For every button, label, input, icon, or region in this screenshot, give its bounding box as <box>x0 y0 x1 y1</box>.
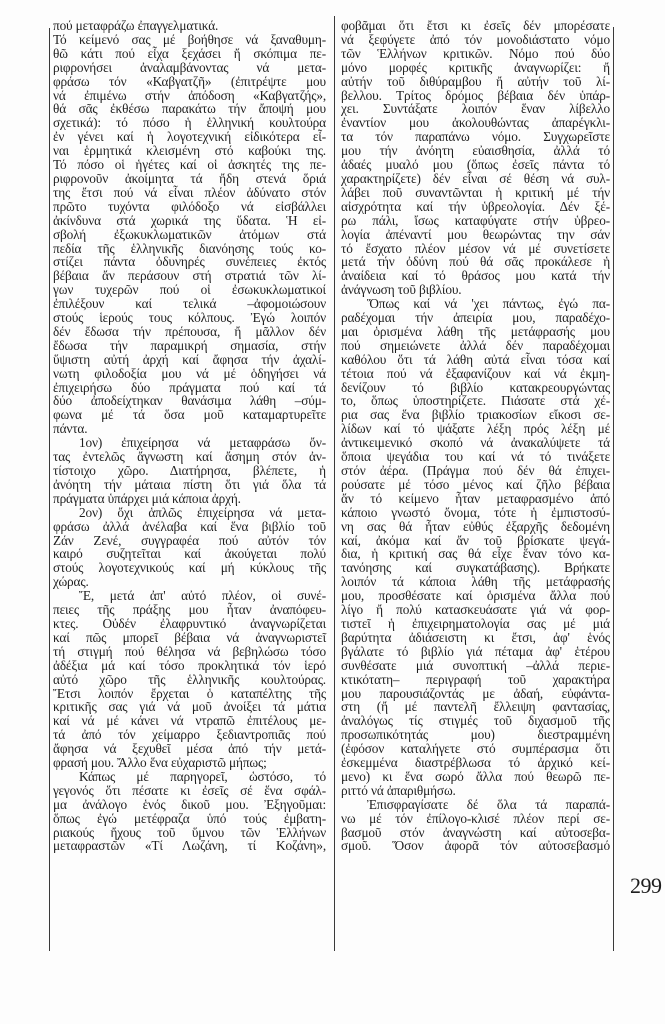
text-line: ἀναίδεια καί τό θράσος μου κατά τήν <box>341 269 610 283</box>
text-line: ἐπιλέξουν καί τελικά –ἀφομοιώσουν <box>53 297 326 311</box>
text-line: τά ἀπό τόν χείμαρρο ξεδιαντροπιᾶς πού <box>53 728 326 742</box>
text-line: καί νά μέ κάνει νά ντραπῶ ἐπιτέλους με- <box>53 714 326 728</box>
text-line: μου, προσθέσατε καί ὁρισμένα ἄλλα πού <box>341 589 610 603</box>
text-line: ἀναλόγως τίς στιγμές τοῦ διχασμοῦ τῆς <box>341 714 610 728</box>
text-line: Ὅπως καί νά 'χει πάντως, ἐγώ πα- <box>341 297 610 311</box>
text-line: ρια σας ἕνα βιβλίο τριακοσίων εἴκοσι σε- <box>341 408 610 422</box>
text-line: μου παρουσιάζοντάς με ἀδαή, εὐφάντα- <box>341 687 610 701</box>
text-line: 2ον) ὄχι ἁπλῶς ἐπιχείρησα νά μετα- <box>53 506 326 520</box>
text-line: λάβει ποῦ συναντῶνται ἡ κριτική μέ τήν <box>341 186 610 200</box>
text-line: νη σας θά ἦταν εὐθύς ἐξαρχῆς δεδομένη <box>341 520 610 534</box>
text-line: σχετικά): τό πόσο ἡ ἑλληνική κουλτούρα <box>53 116 326 130</box>
text-line: Ἐπισφραγίσατε δέ ὅλα τά παραπά- <box>341 798 610 812</box>
text-line: χώρας. <box>53 575 326 589</box>
text-line: δύο ἀποδείχτηκαν θανάσιμα λάθη –σύμ- <box>53 394 326 408</box>
text-line: ἄφησα νά ξεχυθεῖ μέσα ἀπό τήν μετά- <box>53 742 326 756</box>
text-line: νά ξεφύγετε ἀπό τόν μονοδιάστατο νόμο <box>341 33 610 47</box>
text-line: τή στιγμή πού θέλησα νά βεβηλώσω τόσο <box>53 645 326 659</box>
text-line: βέβαια ἄν περάσουν στή στρατιά τῶν λί- <box>53 269 326 283</box>
text-line: πρῶτο τυχόντα φιλόδοξο νά εἰσβάλλει <box>53 200 326 214</box>
text-line: ἐν γένει καί ἡ λογοτεχνική εἰδικότερα εἶ… <box>53 130 326 144</box>
text-line: ραδέχομαι τήν ἀπειρία μου, παραδέχο- <box>341 311 610 325</box>
text-line: δια, ἡ κριτική σας θά εἶχε ἕναν τόνο κα- <box>341 547 610 561</box>
text-line: ἀδαές μυαλό μου (ὅπως ἐσεῖς πάντα τό <box>341 158 610 172</box>
text-line: λοιπόν τά κάποια λάθη τῆς μετάφρασής <box>341 575 610 589</box>
text-line: λίγο ἤ πολύ κατασκευάσατε γιά νά φορ- <box>341 603 610 617</box>
text-line: μα ἀνάλογο ἑνός δικοῦ μου. Ἐξηγοῦμαι: <box>53 798 326 812</box>
text-line: προσωπικότητάς μου) διεστραμμένη <box>341 728 610 742</box>
text-line: ἀδέξια μά καί τόσο προκλητικά τόν ἱερό <box>53 659 326 673</box>
text-line: μετά τήν ὀδύνη πού θά σᾶς προκάλεσε ἡ <box>341 255 610 269</box>
text-line: τα τόν παραπάνω νόμο. Συγχωρεῖστε <box>341 130 610 144</box>
text-line: γεγονός ὅτι πέσατε κι ἐσεῖς σέ ἕνα σφάλ- <box>53 784 326 798</box>
text-line: ὅπως ἐγώ μετέφραζα ὑπό τούς ἐμβατη- <box>53 812 326 826</box>
text-line: νά ἐπιμένω στήν ἀπόδοση «Καβγατζής», <box>53 89 326 103</box>
text-line: στίζει πάντα ὀδυνηρές συνέπειες ἐκτός <box>53 255 326 269</box>
text-line: φράσω τόν «Καβγατζῆ» (ἐπιτρέψτε μου <box>53 75 326 89</box>
text-line: σβολή ἐξωκυκλωματικῶν ἀτόμων στά <box>53 228 326 242</box>
text-line: νω μέ τόν ἐπίλογο-κλισέ πλέον περί σε- <box>341 812 610 826</box>
text-line: ἐπιχειρήσω δύο πράγματα πού καί τά <box>53 381 326 395</box>
text-line: φωνα μέ τά ὅσα μοῦ καταμαρτυρεῖτε <box>53 408 326 422</box>
right-text-column: φοβᾶμαι ὅτι ἔτσι κι ἐσεῖς δέν μπορέσατεν… <box>341 19 610 853</box>
page-number: 299 <box>630 873 662 899</box>
text-line: κτες. Οὐδέν ἐλαφρυντικό ἀναγνωρίζεται <box>53 617 326 631</box>
left-column-rule <box>49 28 50 951</box>
text-line: στη (ἤ μέ παντελῆ ἔλλειψη φαντασίας, <box>341 700 610 714</box>
text-line: (ἐφόσον καταλήγετε στό συμπέρασμα ὅτι <box>341 742 610 756</box>
text-line: μενο) κι ἕνα σωρό ἄλλα πού θεωρῶ πε- <box>341 770 610 784</box>
text-line: κριτικῆς σας γιά νά μοῦ ἀνοίξει τά μάτια <box>53 700 326 714</box>
text-line: μεταφραστῶν «Τί Λωζάνη, τί Κοζάνη», <box>53 839 326 853</box>
text-line: δέν ἔδωσα τήν πρέπουσα, ἤ μᾶλλον δέν <box>53 325 326 339</box>
text-line: καθόλου ὅτι τά λάθη αὐτά εἶναι τόσα καί <box>341 353 610 367</box>
text-line: φοβᾶμαι ὅτι ἔτσι κι ἐσεῖς δέν μπορέσατε <box>341 19 610 33</box>
text-line: 1ον) ἐπιχείρησα νά μεταφράσω ὄν- <box>53 436 326 450</box>
text-line: τῶν Ἑλλήνων κριτικῶν. Νόμο πού δύο <box>341 47 610 61</box>
text-line: στόν ἀέρα. (Πράγμα πού δέν θά ἐπιχει- <box>341 464 610 478</box>
text-line: τό ἔσχατο πλέον μέσον νά μέ συνετίσετε <box>341 242 610 256</box>
text-line: λίδων καί τό ψάξατε λέξη πρός λέξη μέ <box>341 422 610 436</box>
text-line: ἐναντίον μου ἀκολουθώντας ἀπαρέγκλι- <box>341 116 610 130</box>
text-line: νωτη φιλοδοξία μου νά μέ ὁδηγήσει νά <box>53 367 326 381</box>
text-line: λογία ἀπέναντί μου θεωρώντας την σάν <box>341 228 610 242</box>
text-line: ὅποια ψεγάδια του καί νά τό τινάξετε <box>341 450 610 464</box>
text-line: βελλου. Τρίτος δρόμος βέβαια δέν ὑπάρ- <box>341 89 610 103</box>
text-line: τέτοια πού νά ἐξαφανίζουν καί νά ἐκμη- <box>341 367 610 381</box>
text-line: ἀνάγνωση τοῦ βιβλίου. <box>341 283 610 297</box>
text-line: κτικότατη– περιγραφή τοῦ χαρακτήρα <box>341 673 610 687</box>
text-line: βασμοῦ στόν ἀναγνώστη καί αὐτοσεβα- <box>341 826 610 840</box>
text-line: δενίζουν τό βιβλίο κατακρεουργώντας <box>341 381 610 395</box>
text-line: ὕψιστη αὐτή ἀρχή καί ἄφησα τήν ἀχαλί- <box>53 353 326 367</box>
text-line: στούς λογοτεχνικούς καί μή κύκλους τῆς <box>53 561 326 575</box>
text-line: ρω πάλι, ἴσως καταφύγατε στήν ὑβρεο- <box>341 214 610 228</box>
text-line: ἐσκεμμένα διαστρέβλωσα τό ἀρχικό κεί- <box>341 756 610 770</box>
text-line: χει. Συντάξατε λοιπόν ἕναν λίβελλο <box>341 102 610 116</box>
text-line: ρούσατε μέ τόσο μένος καί ζῆλο βέβαια <box>341 478 610 492</box>
text-line: ριφρονοῦν ἀκοίμητα τά ἤδη στενά ὅριά <box>53 172 326 186</box>
text-line: ναι ἑρμητικά κλεισμένη στό καβούκι της. <box>53 144 326 158</box>
text-line: πού σημειώνετε ἀλλά δέν παραδέχομαι <box>341 339 610 353</box>
text-line: ἀντικειμενικό σκοπό νά ἀνακαλύψετε τά <box>341 436 610 450</box>
text-line: πάντα. <box>53 422 326 436</box>
text-line: κάποιο γνωστό ὄνομα, τότε ἡ ἐμπιστοσύ- <box>341 506 610 520</box>
text-line: μόνο μορφές κριτικῆς ἀναγνωρίζει: ἤ <box>341 61 610 75</box>
text-line: μαι ὁρισμένα λάθη τῆς μετάφρασής μου <box>341 325 610 339</box>
text-line: Ἔ, μετά ἀπ' αὐτό πλέον, οἱ συνέ- <box>53 589 326 603</box>
text-line: βγάλατε τό βιβλίο γιά πέταμα ἀφ' ἑτέρου <box>341 645 610 659</box>
text-line: καί, ἀκόμα καί ἄν τοῦ βρίσκατε ψεγά- <box>341 534 610 548</box>
text-line: αὐτήν τοῦ διθύραμβου ἤ αὐτήν τοῦ λί- <box>341 75 610 89</box>
text-line: πεδία τῆς ἑλληνικῆς διανόησης τούς κο- <box>53 242 326 256</box>
text-line: της ἔτσι πού νά εἶναι πλέον ἀδύνατο στόν <box>53 186 326 200</box>
right-column-rule <box>613 27 614 951</box>
text-line: Τό πόσο οἱ ἡγέτες καί οἱ ἀσκητές της πε- <box>53 158 326 172</box>
text-line: καί πῶς μπορεῖ βέβαια νά ἀναγνωριστεῖ <box>53 631 326 645</box>
text-line: μου τήν ἀνόητη εὐαισθησία, ἀλλά τό <box>341 144 610 158</box>
text-line: ριακούς ἤχους τοῦ ὕμνου τῶν Ἑλλήνων <box>53 826 326 840</box>
text-line: καιρό συζητεῖται καί ἀκούγεται πολύ <box>53 547 326 561</box>
text-line: συνθέσατε μιά συνοπτική –ἀλλά περιε- <box>341 659 610 673</box>
text-line: αἰσχρότητα καί τήν ὑβρεολογία. Δέν ξέ- <box>341 200 610 214</box>
text-line: Ἔτσι λοιπόν ἔρχεται ὁ καταπέλτης τῆς <box>53 687 326 701</box>
text-line: θῶ κάτι πού εἶχα ξεχάσει ἤ σκόπιμα πε- <box>53 47 326 61</box>
scanned-page: πού μεταφράζω ἐπαγγελματικά.Τό κείμενό σ… <box>0 0 665 1024</box>
text-line: πράγματα ὑπάρχει μιά κάποια ἀρχή. <box>53 492 326 506</box>
text-line: τίστοιχο χῶρο. Διατήρησα, βλέπετε, ἡ <box>53 464 326 478</box>
text-line: πειες τῆς πράξης μου ἦταν ἀναπόφευ- <box>53 603 326 617</box>
text-line: σμοῦ. Ὅσον ἀφορᾶ τόν αὐτοσεβασμό <box>341 839 610 853</box>
text-line: φρασή μου. Ἄλλο ἕνα εὐχαριστῶ μήπως; <box>53 756 326 770</box>
text-line: Τό κείμενό σας μέ βοήθησε νά ξαναθυμη- <box>53 33 326 47</box>
text-line: αὐτό χῶρο τῆς ἑλληνικῆς κουλτούρας. <box>53 673 326 687</box>
text-line: τας ἐντελῶς ἄγνωστη καί ἄσημη στόν ἀν- <box>53 450 326 464</box>
text-line: ἀκίνδυνα στά χωρικά της ὕδατα. Ἡ εἰ- <box>53 214 326 228</box>
text-line: ἔδωσα τήν παραμικρή σημασία, στήν <box>53 339 326 353</box>
text-line: πού μεταφράζω ἐπαγγελματικά. <box>53 19 326 33</box>
text-line: χαρακτηρίζετε) δέν εἶναι σέ θέση νά συλ- <box>341 172 610 186</box>
text-line: ἄν τό κείμενο ἦταν μεταφρασμένο ἀπό <box>341 492 610 506</box>
text-line: ἀνόητη τήν μάταια πίστη ὅτι γιά ὅλα τά <box>53 478 326 492</box>
text-line: φράσω ἀλλά ἀνέλαβα καί ἕνα βιβλίο τοῦ <box>53 520 326 534</box>
text-line: στούς ἱερούς τους κόλπους. Ἐγώ λοιπόν <box>53 311 326 325</box>
text-line: θά σᾶς ἐκθέσω παρακάτω τήν ἄποψή μου <box>53 102 326 116</box>
center-column-rule <box>334 16 335 951</box>
text-line: βαρύτητα ἀδιάσειστη κι ἔτσι, ἀφ' ἑνός <box>341 631 610 645</box>
text-line: γων τυχερῶν πού οἱ ἐσωκυκλωματικοί <box>53 283 326 297</box>
left-text-column: πού μεταφράζω ἐπαγγελματικά.Τό κείμενό σ… <box>53 19 326 853</box>
text-line: το, ὅπως ὑποστηρίζετε. Πιάσατε στά χέ- <box>341 394 610 408</box>
text-line: ριφρονήσει ἀναλαμβάνοντας νά μετα- <box>53 61 326 75</box>
text-line: Κάπως μέ παρηγορεῖ, ὡστόσο, τό <box>53 770 326 784</box>
text-line: τανόησης καί συγκατάβασης). Βρήκατε <box>341 561 610 575</box>
text-line: ριττό νά ἀπαριθμήσω. <box>341 784 610 798</box>
text-line: τιστεῖ ἡ ἐπιχειρηματολογία σας μέ μιά <box>341 617 610 631</box>
text-line: Ζάν Ζενέ, συγγραφέα πού αὐτόν τόν <box>53 534 326 548</box>
